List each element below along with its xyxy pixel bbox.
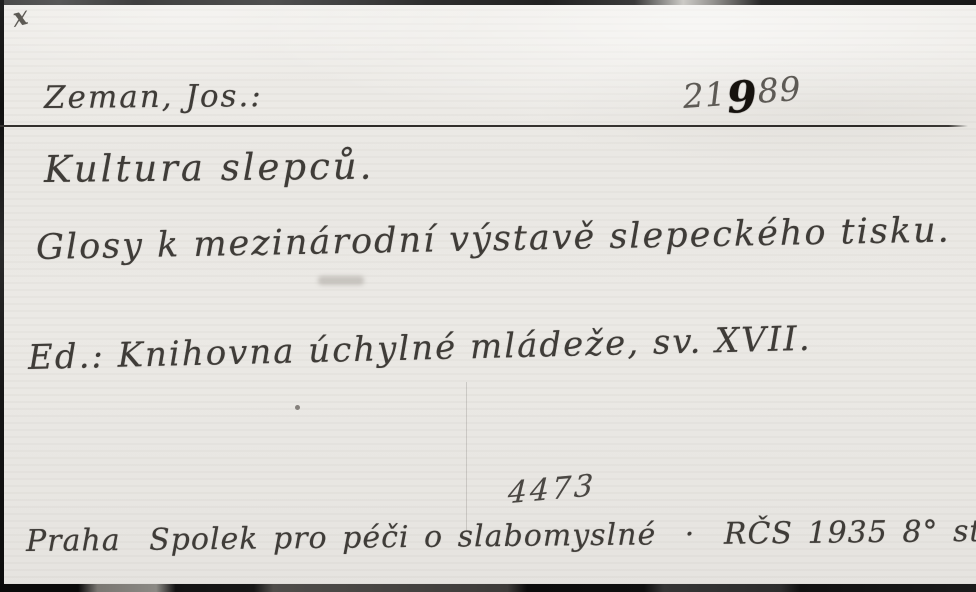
catalog-number-overwritten-digit: 9 (726, 80, 759, 116)
paper-crease-artifact (466, 382, 467, 532)
ruled-header-line (0, 125, 968, 127)
title-line: Kultura slepců. (44, 148, 375, 188)
scan-edge-top (0, 0, 976, 5)
scanned-catalog-card: x Zeman, Jos.: 21989 Kultura slepců. Glo… (0, 0, 976, 592)
imprint-separator: · (685, 517, 696, 552)
corner-x-mark: x (11, 2, 29, 30)
catalog-number-suffix: 89 (756, 69, 803, 111)
imprint-publisher: Spolek pro péči o slabomyslné (149, 517, 656, 557)
author-heading: Zeman, Jos.: (44, 81, 263, 114)
catalog-number: 21989 (682, 72, 803, 120)
imprint-place: Praha (26, 523, 121, 559)
pencil-smudge-artifact (318, 276, 364, 285)
ink-dot-artifact (295, 405, 300, 410)
accession-number: 4473 (507, 471, 597, 509)
imprint-collation: RČS 1935 8° str. 28 (724, 513, 976, 552)
catalog-number-prefix: 21 (681, 74, 728, 116)
scan-edge-bottom (0, 584, 976, 592)
scan-edge-left (0, 0, 4, 592)
